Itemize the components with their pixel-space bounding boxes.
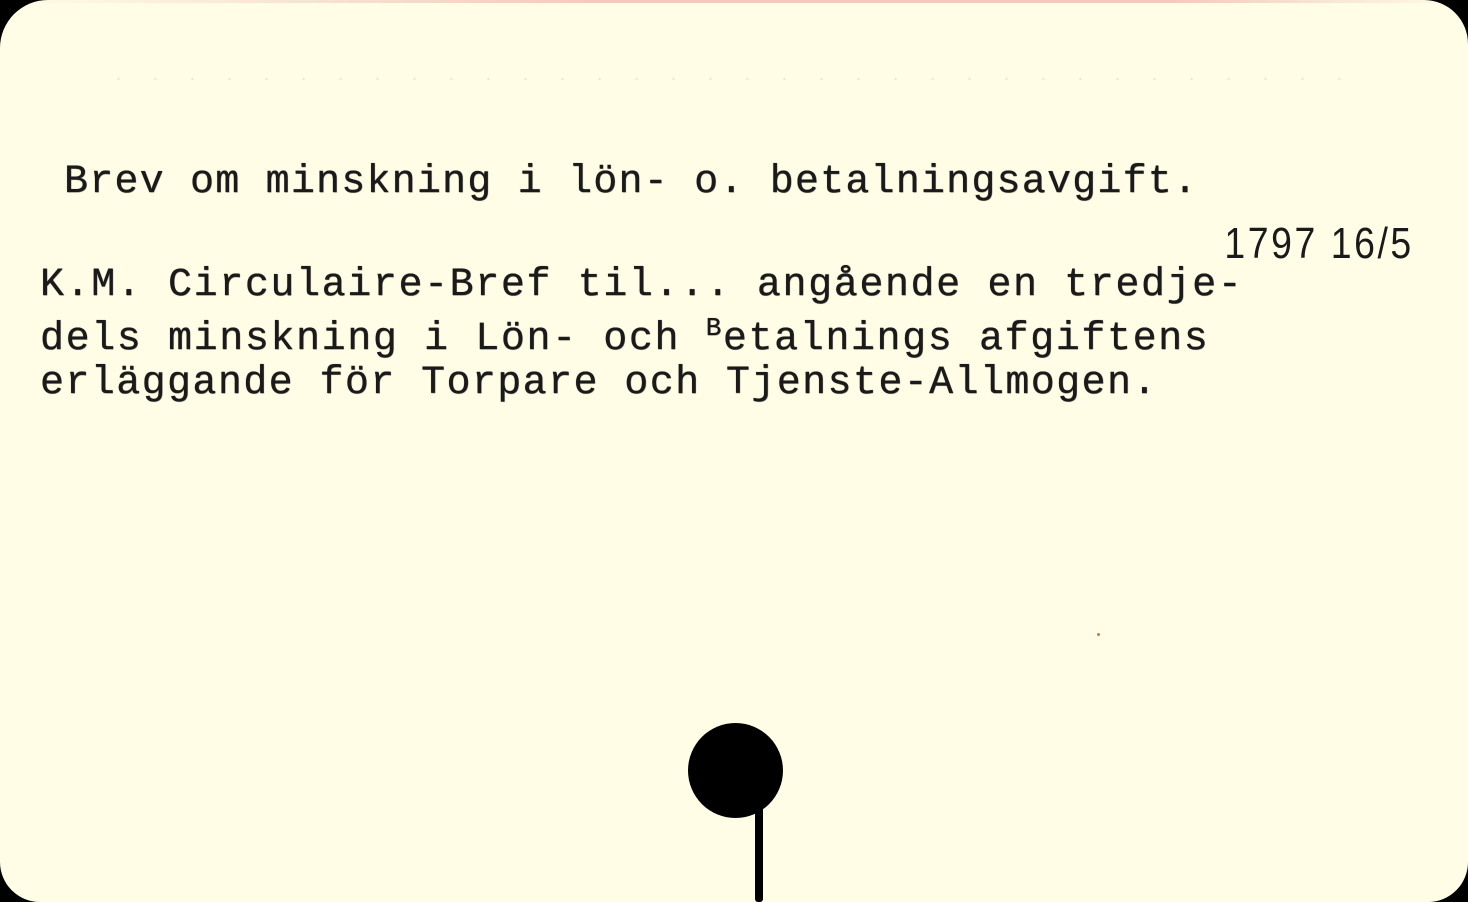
card-title: Brev om minskning i lön- o. betalningsav…: [64, 163, 1198, 203]
ink-speck: [1097, 633, 1100, 636]
card-body-line-2-superscript: B: [706, 313, 723, 343]
card-date: 1797 16/5: [1225, 222, 1414, 266]
paper-specks: [100, 72, 1350, 86]
punch-hole-icon: [688, 723, 783, 818]
card-body-line-3: erläggande för Torpare och Tjenste-Allmo…: [40, 364, 1158, 404]
punch-slot-icon: [755, 805, 763, 902]
card-body-line-3-text: erläggande för Torpare och Tjenste-Allmo…: [40, 361, 1158, 406]
card-body-line-2-text-b: etalnings afgiftens: [723, 317, 1209, 362]
card-body-line-1: K.M. Circulaire-Bref til... angående en …: [40, 266, 1243, 306]
card-body-line-2: dels minskning i Lön- och Betalnings afg…: [40, 315, 1209, 360]
card-body-line-1-text: K.M. Circulaire-Bref til... angående en …: [40, 263, 1243, 308]
card-body-line-2-text-a: dels minskning i Lön- och: [40, 317, 706, 362]
catalog-card: Brev om minskning i lön- o. betalningsav…: [0, 0, 1468, 902]
